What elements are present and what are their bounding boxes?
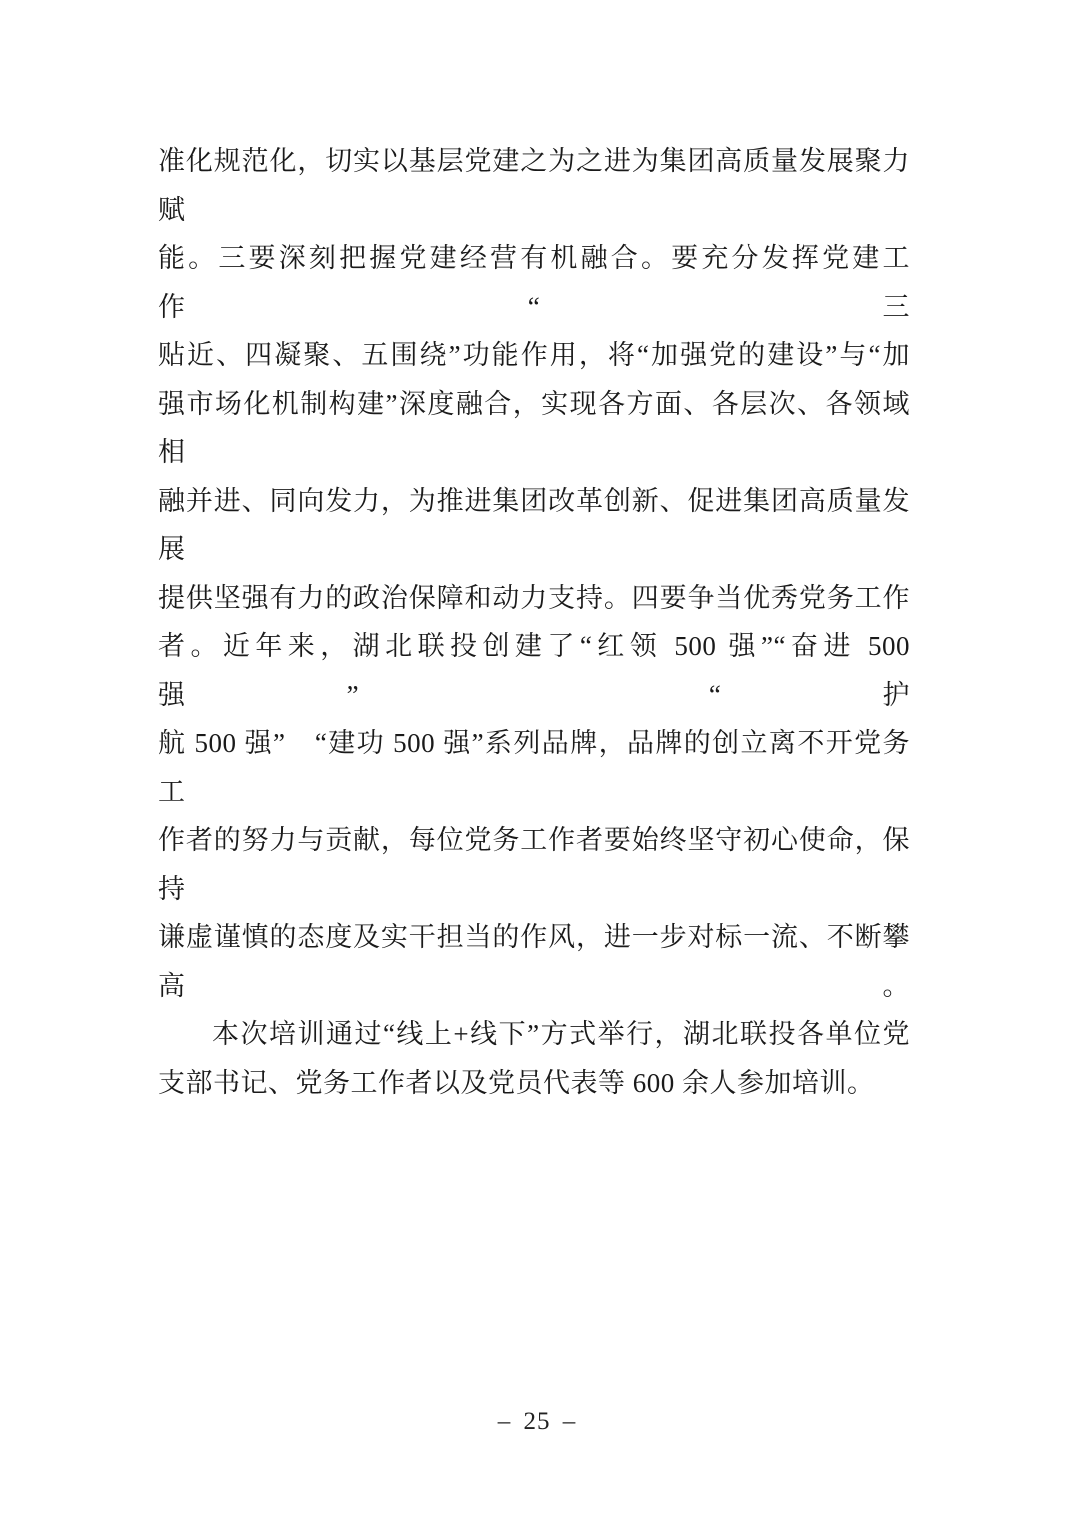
text-line: 者。近年来，湖北联投创建了“红领 500 强”“奋进 500 强” “护 xyxy=(158,622,910,719)
document-page: 准化规范化，切实以基层党建之为之进为集团高质量发展聚力赋能。三要深刻把握党建经营… xyxy=(0,0,1074,1520)
text-line: 谦虚谨慎的态度及实干担当的作风，进一步对标一流、不断攀高。 xyxy=(158,913,910,1010)
text-line: 提供坚强有力的政治保障和动力支持。四要争当优秀党务工作 xyxy=(158,574,910,623)
text-line: 本次培训通过“线上+线下”方式举行，湖北联投各单位党 xyxy=(158,1010,910,1059)
document-body: 准化规范化，切实以基层党建之为之进为集团高质量发展聚力赋能。三要深刻把握党建经营… xyxy=(158,137,910,1107)
text-line: 贴近、四凝聚、五围绕”功能作用，将“加强党的建设”与“加 xyxy=(158,331,910,380)
text-line: 准化规范化，切实以基层党建之为之进为集团高质量发展聚力赋 xyxy=(158,137,910,234)
text-line: 支部书记、党务工作者以及党员代表等 600 余人参加培训。 xyxy=(158,1059,910,1108)
text-line: 作者的努力与贡献，每位党务工作者要始终坚守初心使命，保持 xyxy=(158,816,910,913)
text-line: 航 500 强” “建功 500 强”系列品牌，品牌的创立离不开党务工 xyxy=(158,719,910,816)
text-line: 强市场化机制构建”深度融合，实现各方面、各层次、各领域相 xyxy=(158,380,910,477)
text-line: 能。三要深刻把握党建经营有机融合。要充分发挥党建工作“三 xyxy=(158,234,910,331)
text-line: 融并进、同向发力，为推进集团改革创新、促进集团高质量发展 xyxy=(158,477,910,574)
page-number: – 25 – xyxy=(0,1406,1074,1438)
